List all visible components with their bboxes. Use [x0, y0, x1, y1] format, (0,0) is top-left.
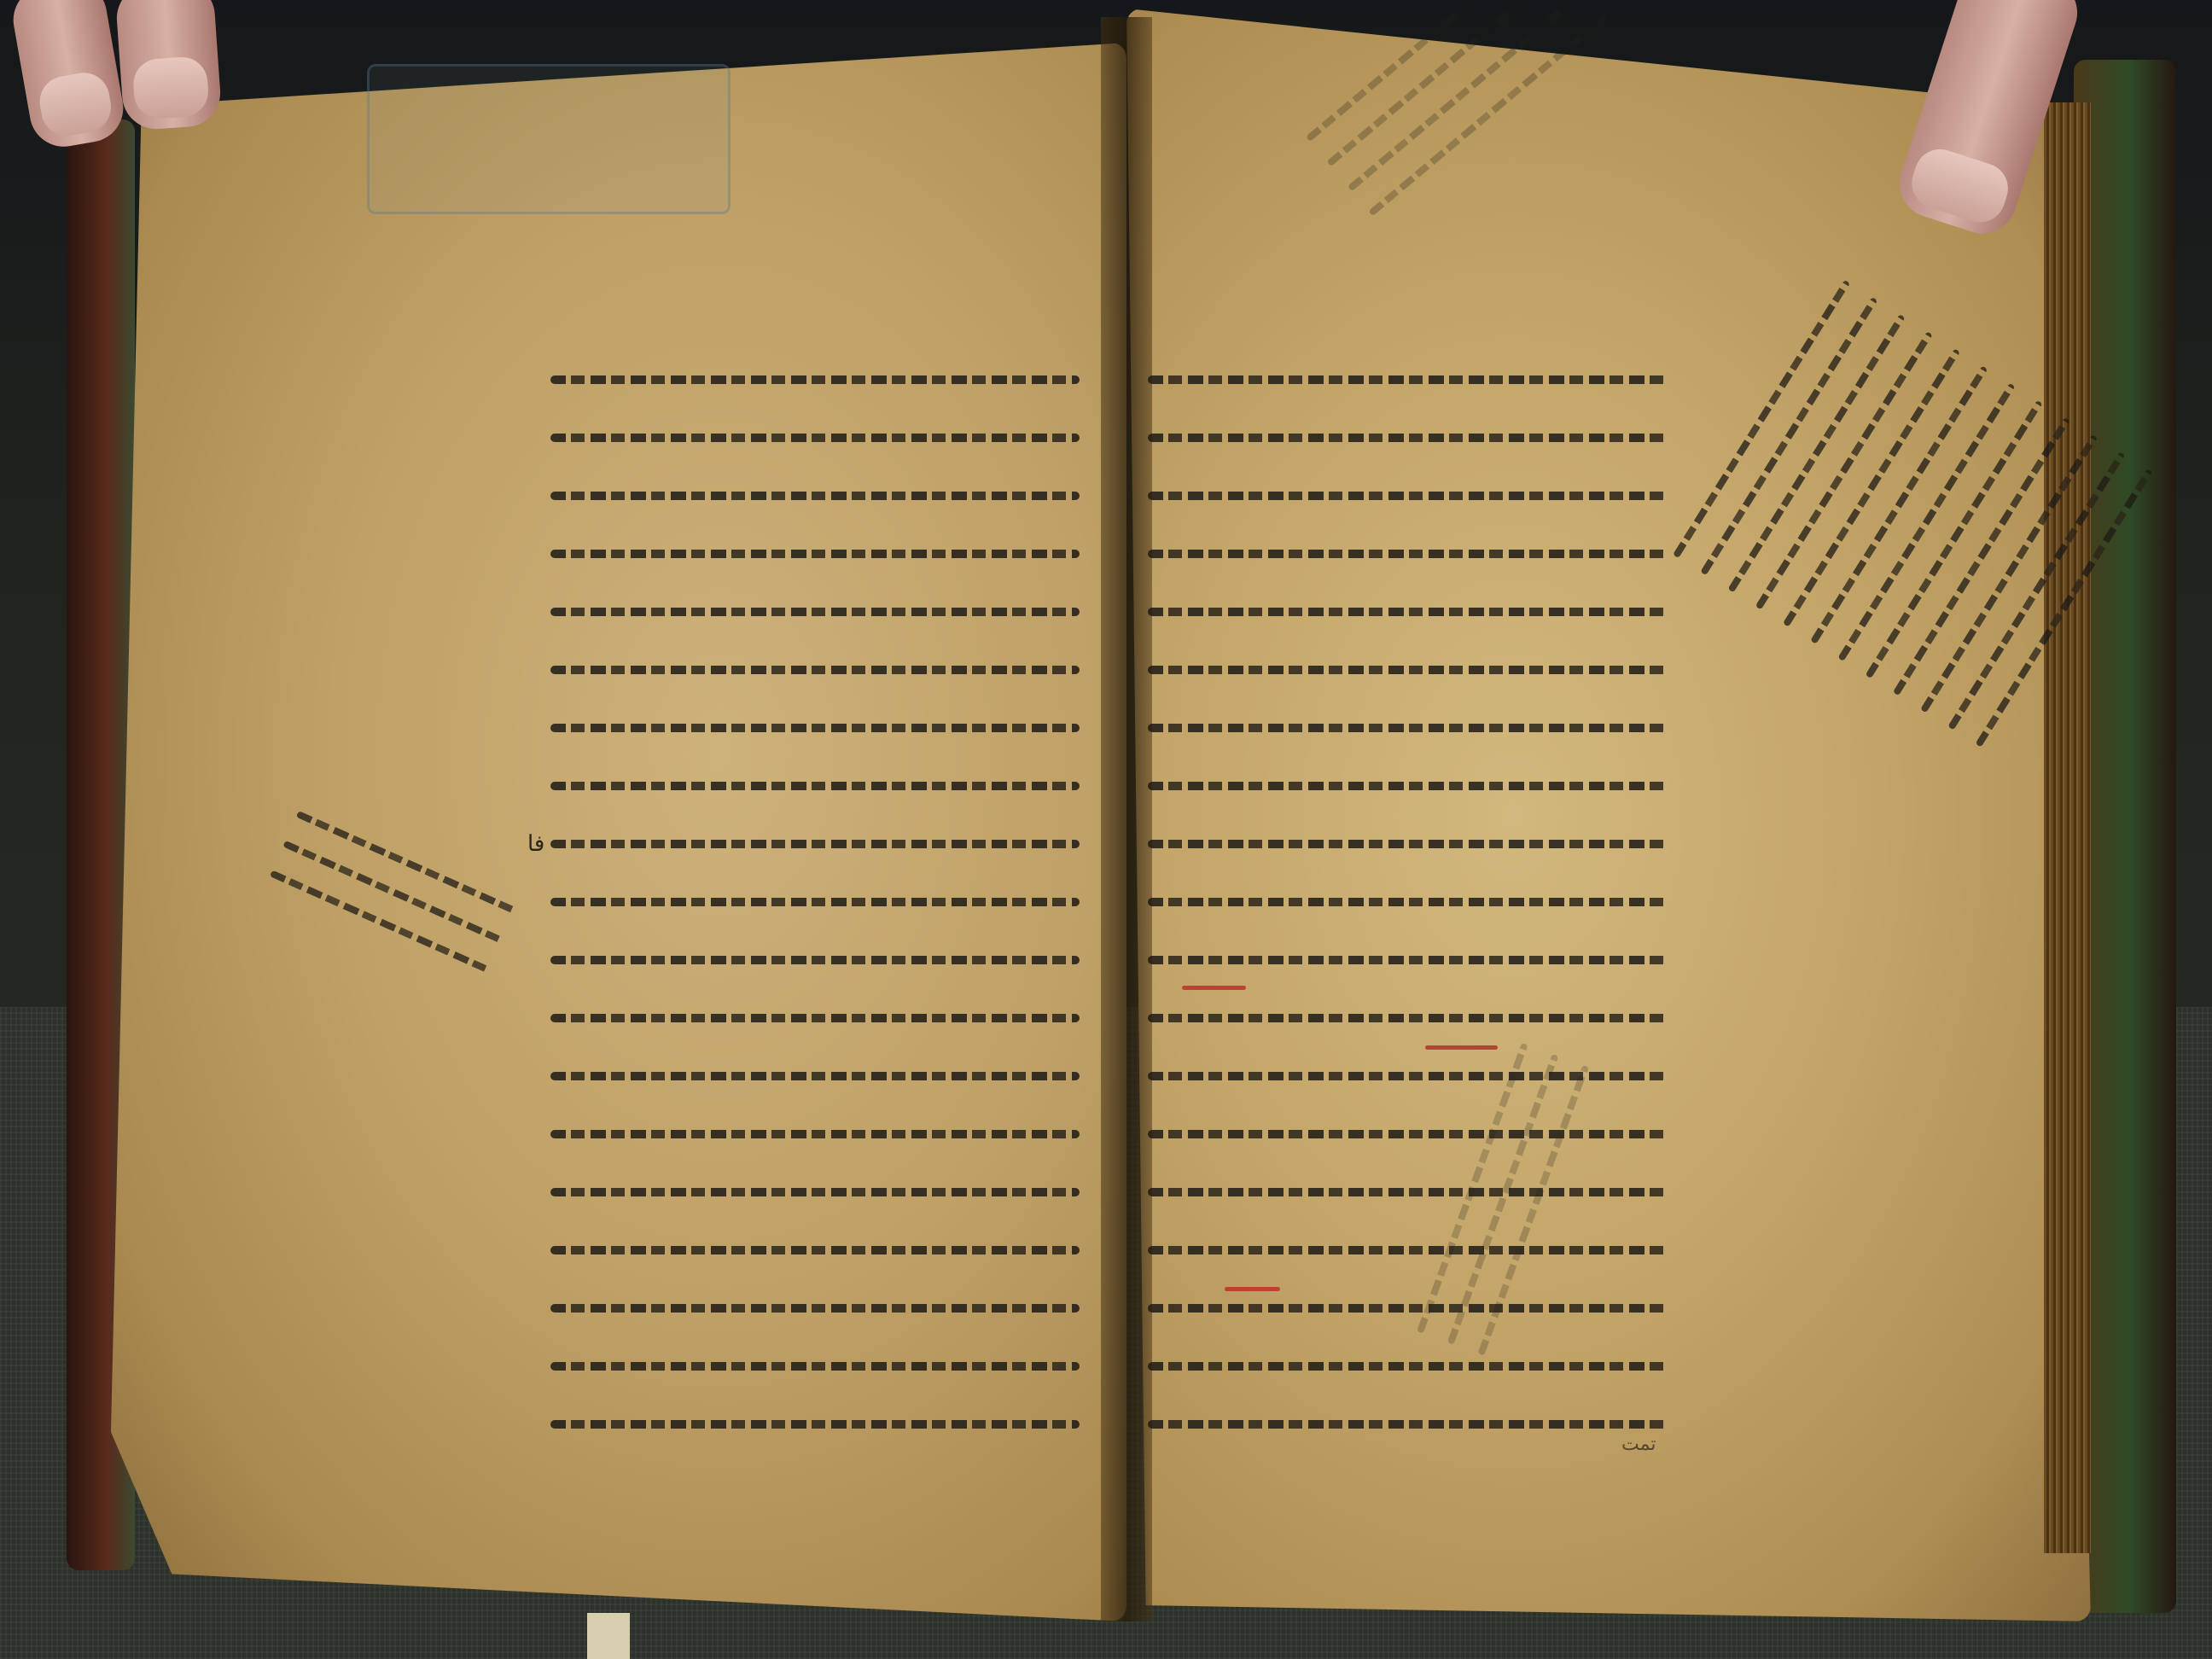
page-edges [2044, 102, 2091, 1553]
text-line [550, 434, 1080, 442]
fingernail [131, 55, 210, 120]
text-line [1148, 1014, 1668, 1022]
note-line [1893, 417, 2070, 696]
text-line [550, 724, 1080, 732]
red-rubric-mark [1182, 986, 1246, 990]
text-line [550, 1014, 1080, 1022]
text-line [550, 1420, 1080, 1429]
margin-glyph: فا [527, 831, 544, 857]
text-line [1148, 840, 1668, 848]
text-line [550, 666, 1080, 674]
text-line [1148, 782, 1668, 790]
red-rubric-mark [1425, 1045, 1498, 1050]
text-line [550, 1246, 1080, 1254]
text-line [1148, 492, 1668, 500]
text-line [1148, 956, 1668, 964]
text-line [1148, 550, 1668, 558]
text-line [1148, 1304, 1668, 1313]
note-line [1837, 383, 2015, 661]
faded-seal-stamp [367, 64, 731, 214]
bookmark-slip [587, 1613, 630, 1659]
finger-left-middle [114, 0, 223, 131]
note-line [1783, 348, 1960, 626]
text-line [1148, 608, 1668, 616]
text-line [550, 1304, 1080, 1313]
text-line [1148, 898, 1668, 906]
text-line [550, 782, 1080, 790]
text-line [1148, 434, 1668, 442]
text-line [1148, 1420, 1668, 1429]
text-line [550, 1072, 1080, 1080]
text-line [1148, 1188, 1668, 1196]
text-line [550, 840, 1080, 848]
text-line [1148, 724, 1668, 732]
note-line [1810, 365, 1988, 643]
text-line [550, 1362, 1080, 1371]
red-rubric-mark [1225, 1287, 1280, 1291]
text-line [1148, 375, 1668, 384]
text-line [550, 956, 1080, 964]
text-line [550, 898, 1080, 906]
book-gutter [1101, 17, 1152, 1621]
text-line [550, 550, 1080, 558]
text-line [1148, 1246, 1668, 1254]
text-line [1148, 666, 1668, 674]
text-line [550, 492, 1080, 500]
text-line [550, 608, 1080, 616]
right-main-text-block [1148, 375, 1668, 1478]
text-line [1148, 1362, 1668, 1371]
text-line [550, 1130, 1080, 1138]
fingernail [36, 69, 115, 140]
text-line [550, 1188, 1080, 1196]
note-line [1866, 400, 2043, 678]
text-line [550, 375, 1080, 384]
margin-colophon: تمت [1621, 1434, 1656, 1455]
left-main-text-block [550, 375, 1080, 1478]
